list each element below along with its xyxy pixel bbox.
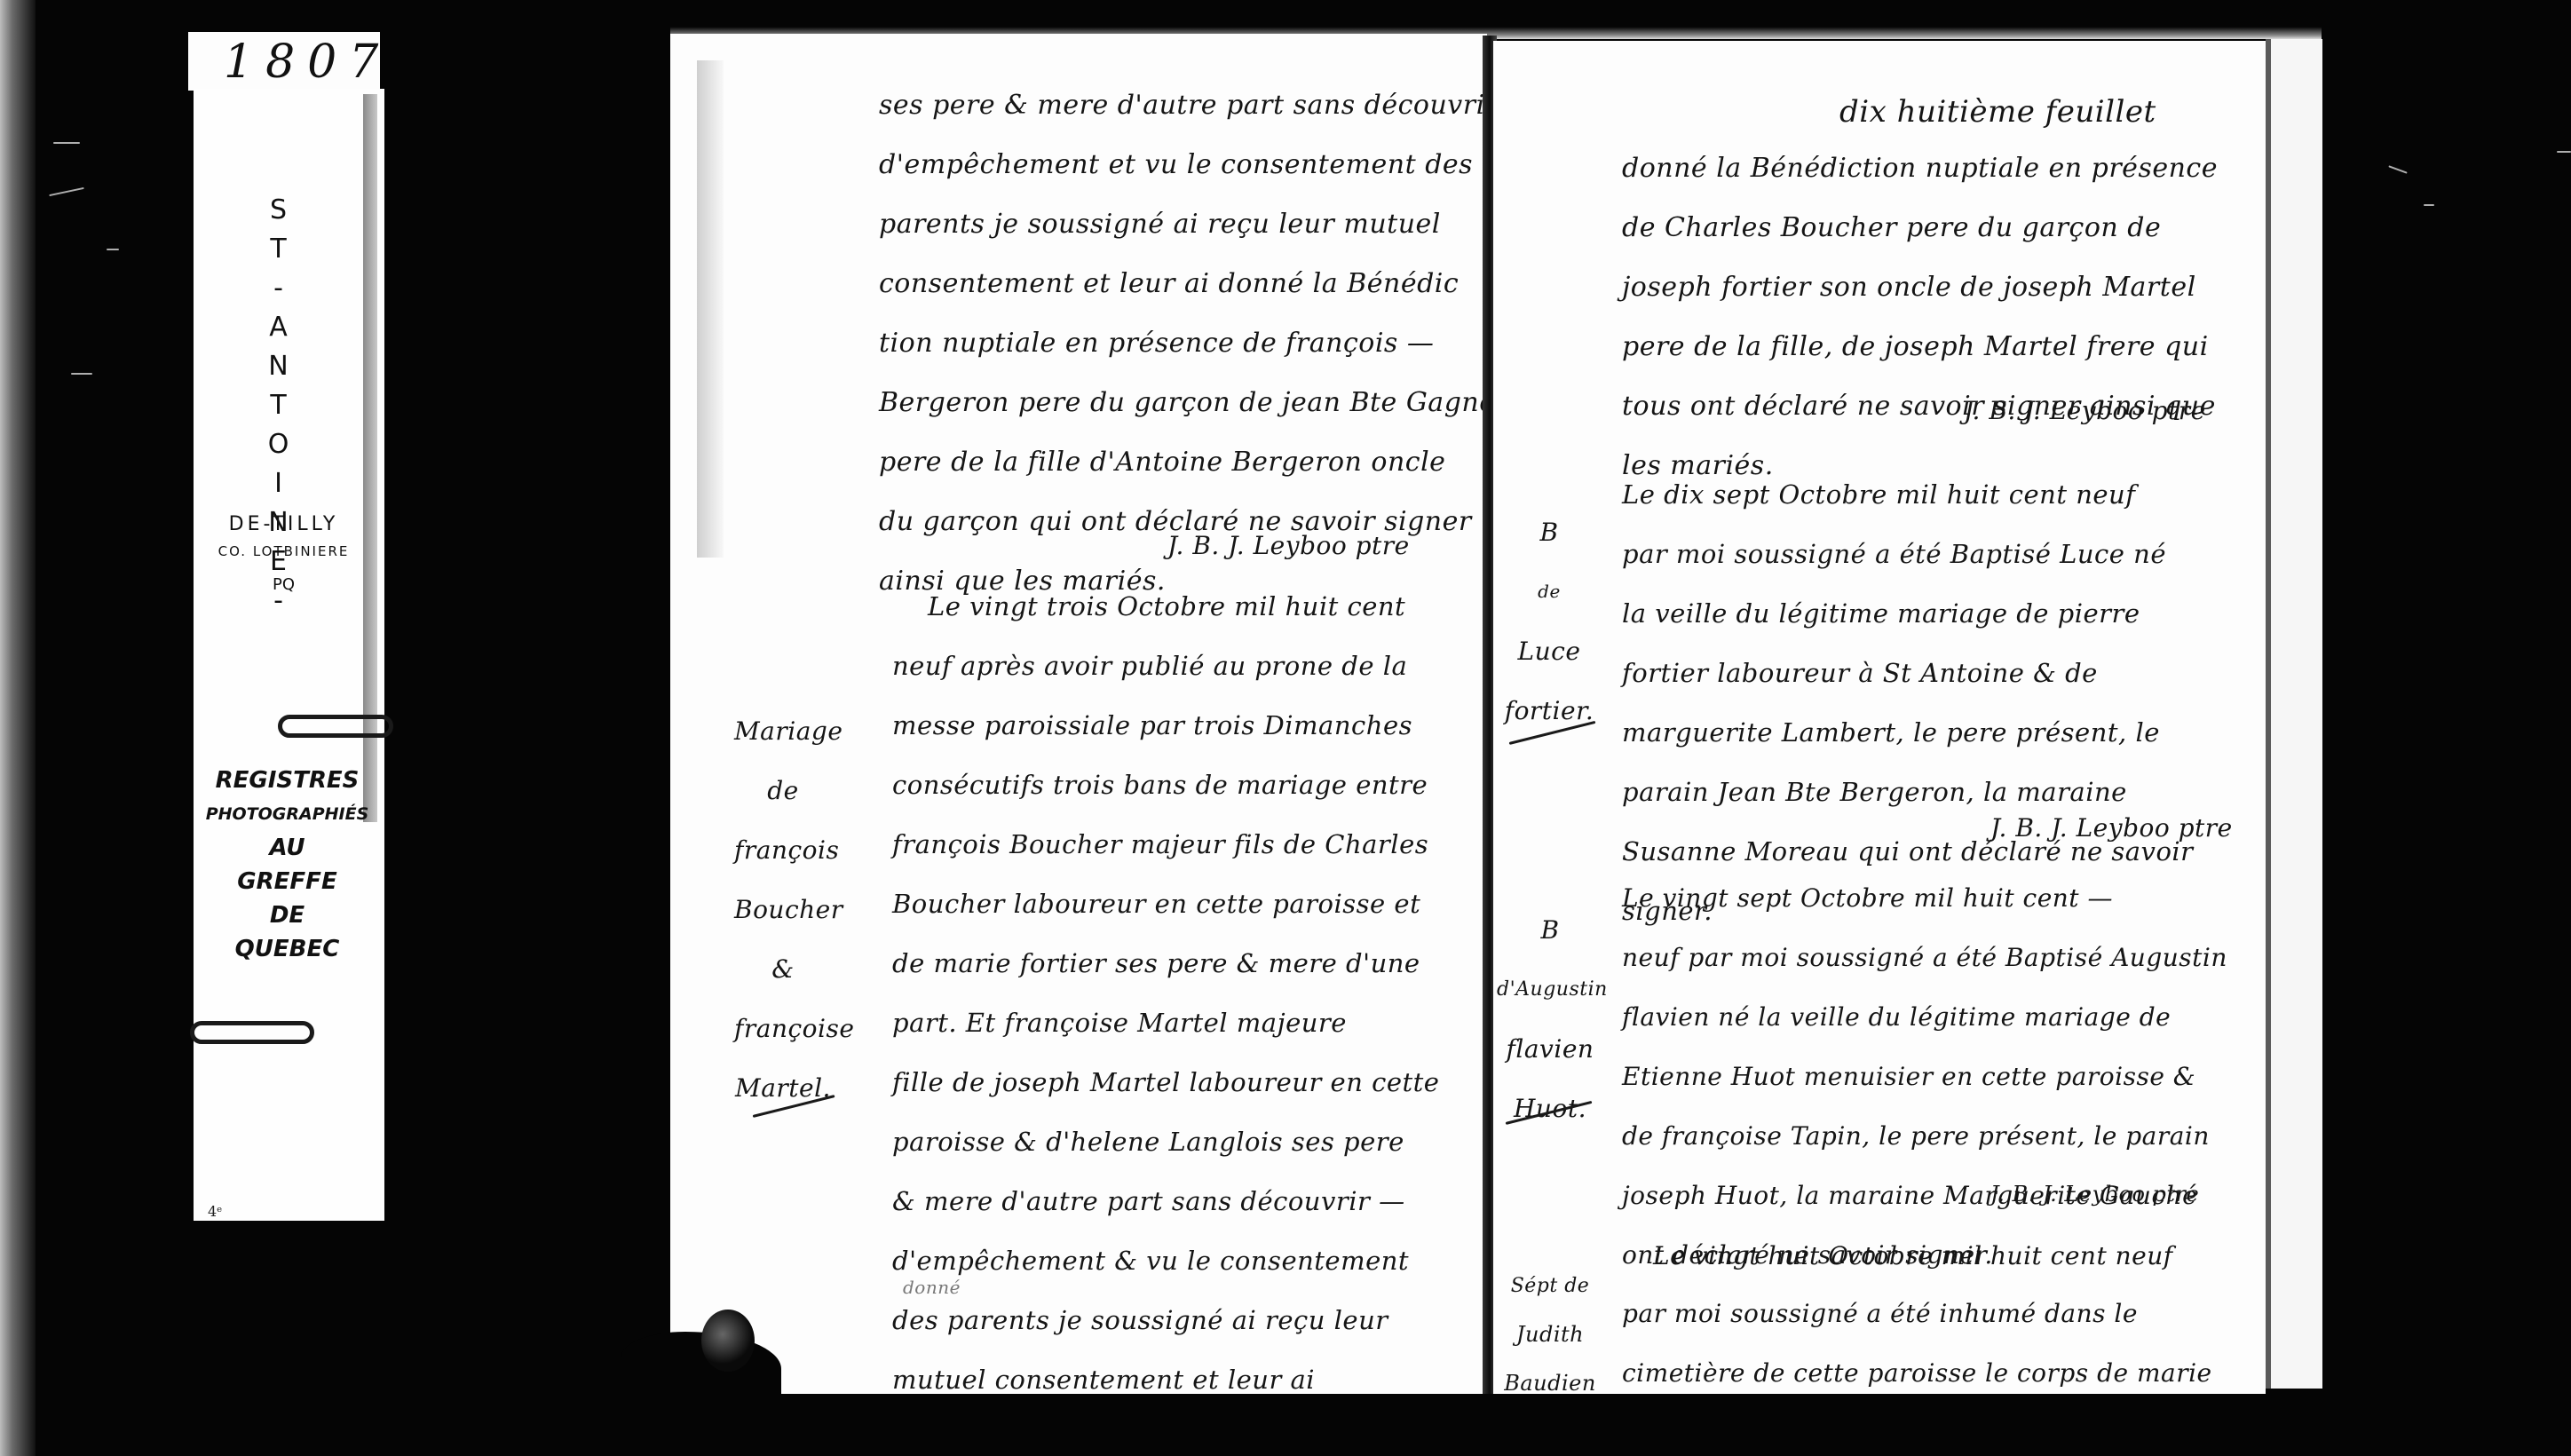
registry-line: AU bbox=[202, 831, 372, 865]
margin-line: B bbox=[1500, 502, 1598, 562]
handwritten-line: Le vingt trois Octobre mil huit cent bbox=[928, 577, 1405, 637]
page-edge-strip bbox=[2266, 39, 2322, 1389]
handwritten-line: de marie fortier ses pere & mere d'une bbox=[892, 934, 1439, 993]
handwritten-line: Le vingt sept Octobre mil huit cent — bbox=[1622, 868, 2227, 928]
burial-entry-body: par moi soussigné a été inhumé dans le c… bbox=[1622, 1284, 2212, 1394]
handwritten-line: donné la Bénédiction nuptiale en présenc… bbox=[1622, 138, 2218, 198]
parish-letter: T bbox=[194, 230, 363, 269]
parish-suffix: DE-TILLY bbox=[201, 513, 367, 535]
parish-letter: N bbox=[194, 347, 363, 386]
burial-entry: Le vingt huit Octobre mil huit cent neuf bbox=[1653, 1226, 2173, 1286]
handwritten-line: consentement et leur ai donné la Bénédic bbox=[879, 254, 1487, 313]
margin-line: Judith bbox=[1497, 1310, 1603, 1359]
handwritten-line: Etienne Huot menuisier en cette paroisse… bbox=[1622, 1047, 2227, 1106]
margin-line: B bbox=[1497, 900, 1603, 960]
handwritten-line: neuf par moi soussigné a été Baptisé Aug… bbox=[1622, 928, 2227, 987]
handwritten-line: part. Et françoise Martel majeure bbox=[892, 993, 1439, 1053]
handwritten-line: joseph fortier son oncle de joseph Marte… bbox=[1622, 257, 2218, 317]
priest-signature: J. B. J. Leyboo ptre bbox=[1990, 813, 2233, 843]
scan-speck bbox=[2557, 151, 2571, 153]
paper-clip-icon bbox=[278, 715, 393, 738]
binding-clip bbox=[701, 1310, 755, 1372]
entry-continuation: donné la Bénédiction nuptiale en présenc… bbox=[1622, 138, 2218, 495]
parish-letter: T bbox=[194, 386, 363, 425]
handwritten-line: neuf après avoir publié au prone de la bbox=[892, 637, 1439, 696]
scan-left-edge bbox=[0, 0, 36, 1456]
margin-line: Mariage bbox=[734, 701, 832, 761]
handwritten-line: messe paroissiale par trois Dimanches bbox=[892, 696, 1439, 756]
margin-line: Huot. bbox=[1497, 1079, 1603, 1138]
margin-line: de bbox=[1500, 562, 1598, 621]
folio-heading: dix huitième feuillet bbox=[1839, 94, 2156, 130]
archive-year-tab: 1807 bbox=[188, 32, 380, 91]
handwritten-line: fille de joseph Martel laboureur en cett… bbox=[892, 1053, 1439, 1112]
handwritten-line: la veille du légitime mariage de pierre bbox=[1622, 584, 2194, 644]
handwritten-line: parents je soussigné ai reçu leur mutuel bbox=[879, 194, 1487, 254]
handwritten-line: mutuel consentement et leur ai bbox=[892, 1350, 1439, 1394]
handwritten-line: & mere d'autre part sans découvrir — bbox=[892, 1172, 1439, 1231]
right-page: dix huitième feuillet donné la Bénédicti… bbox=[1493, 41, 2266, 1394]
margin-line: d'Augustin bbox=[1497, 960, 1603, 1019]
margin-line: françois bbox=[734, 820, 832, 880]
handwritten-line: paroisse & d'helene Langlois ses pere bbox=[892, 1112, 1439, 1172]
handwritten-line: consécutifs trois bans de mariage entre bbox=[892, 756, 1439, 815]
paper-clip-icon bbox=[190, 1021, 314, 1044]
handwritten-line: ses pere & mere d'autre part sans découv… bbox=[879, 75, 1487, 135]
registry-line: DE bbox=[202, 898, 372, 932]
handwritten-line: tion nuptiale en présence de françois — bbox=[879, 313, 1487, 373]
handwritten-line: Le vingt huit Octobre mil huit cent neuf bbox=[1653, 1226, 2173, 1286]
handwritten-line: pere de la fille, de joseph Martel frere… bbox=[1622, 317, 2218, 376]
archive-label-strip: S T - A N T O I N E - DE-TILLY CO. LOTBI… bbox=[194, 89, 384, 1221]
parish-letter: O bbox=[194, 425, 363, 464]
page-curl-shade bbox=[697, 60, 724, 558]
scan-speck bbox=[53, 142, 80, 144]
margin-line: Sépt de bbox=[1497, 1262, 1603, 1310]
handwritten-line: par moi soussigné a été Baptisé Luce né bbox=[1622, 525, 2194, 584]
baptism-entry-augustin: Le vingt sept Octobre mil huit cent — ne… bbox=[1622, 868, 2227, 1285]
label-shadow bbox=[363, 94, 377, 822]
scan-speck bbox=[2388, 165, 2407, 173]
handwritten-line: des parents je soussigné ai reçu leur bbox=[892, 1291, 1439, 1350]
handwritten-line: pere de la fille d'Antoine Bergeron oncl… bbox=[879, 432, 1487, 492]
registry-line: PHOTOGRAPHIÉS bbox=[202, 797, 372, 831]
scan-speck bbox=[2424, 204, 2434, 206]
margin-line: Luce bbox=[1500, 621, 1598, 681]
archive-year: 1807 bbox=[224, 36, 391, 89]
handwritten-line: françois Boucher majeur fils de Charles bbox=[892, 815, 1439, 874]
parish-letter: S bbox=[194, 191, 363, 230]
handwritten-line: Le dix sept Octobre mil huit cent neuf bbox=[1622, 465, 2194, 525]
priest-signature: J. B. J. Leyboo ptre bbox=[1167, 531, 1410, 560]
margin-line: & bbox=[734, 939, 832, 999]
handwritten-line: marguerite Lambert, le pere présent, le bbox=[1622, 703, 2194, 763]
margin-line: Boucher bbox=[734, 880, 832, 939]
parish-letter: I bbox=[194, 464, 363, 503]
registry-line: QUEBEC bbox=[202, 932, 372, 966]
margin-line: françoise bbox=[734, 999, 832, 1058]
marriage-entry-body: neuf après avoir publié au prone de la m… bbox=[892, 637, 1439, 1394]
handwritten-line: de françoise Tapin, le pere présent, le … bbox=[1622, 1106, 2227, 1166]
handwritten-line: de Charles Boucher pere du garçon de bbox=[1622, 198, 2218, 257]
priest-signature: J. B. J. Leyboo ptre bbox=[1964, 396, 2206, 425]
handwritten-line: d'empêchement & vu le consentement bbox=[892, 1231, 1439, 1291]
handwritten-line: Bergeron pere du garçon de jean Bte Gagn… bbox=[879, 373, 1487, 432]
registry-stamp: REGISTRES PHOTOGRAPHIÉS AU GREFFE DE QUE… bbox=[202, 764, 372, 966]
handwritten-line: fortier laboureur à St Antoine & de bbox=[1622, 644, 2194, 703]
margin-line: Baudien bbox=[1497, 1359, 1603, 1394]
handwritten-line: Boucher laboureur en cette paroisse et bbox=[892, 874, 1439, 934]
left-page: ses pere & mere d'autre part sans découv… bbox=[670, 34, 1487, 1394]
county-name: CO. LOTBINIERE bbox=[201, 543, 367, 559]
parish-letter: A bbox=[194, 308, 363, 347]
handwritten-line: d'empêchement et vu le consentement des bbox=[879, 135, 1487, 194]
handwritten-line: par moi soussigné a été inhumé dans le bbox=[1622, 1284, 2212, 1343]
province-abbrev: PQ bbox=[201, 575, 367, 594]
marriage-margin-note: Mariage de françois Boucher & françoise … bbox=[734, 701, 832, 1118]
handwritten-line: cimetière de cette paroisse le corps de … bbox=[1622, 1343, 2212, 1394]
parish-letter: - bbox=[194, 269, 363, 308]
handwritten-line: flavien né la veille du légitime mariage… bbox=[1622, 987, 2227, 1047]
registry-line: REGISTRES bbox=[202, 764, 372, 797]
registry-line: GREFFE bbox=[202, 865, 372, 898]
priest-signature: J. B. J. Leyboo ptre bbox=[1990, 1182, 2199, 1207]
baptism-margin-note-luce: B de Luce fortier. bbox=[1500, 502, 1598, 740]
burial-margin-note: Sépt de Judith Baudien bbox=[1497, 1262, 1603, 1394]
catchword: donné bbox=[903, 1277, 961, 1298]
scan-speck bbox=[107, 249, 119, 250]
scan-speck bbox=[71, 373, 92, 375]
scan-speck bbox=[49, 187, 84, 196]
corner-mark: 4ᵉ bbox=[208, 1203, 222, 1220]
margin-line: flavien bbox=[1497, 1019, 1603, 1079]
margin-line: de bbox=[734, 761, 832, 820]
marriage-entry: Le vingt trois Octobre mil huit cent bbox=[928, 577, 1405, 637]
